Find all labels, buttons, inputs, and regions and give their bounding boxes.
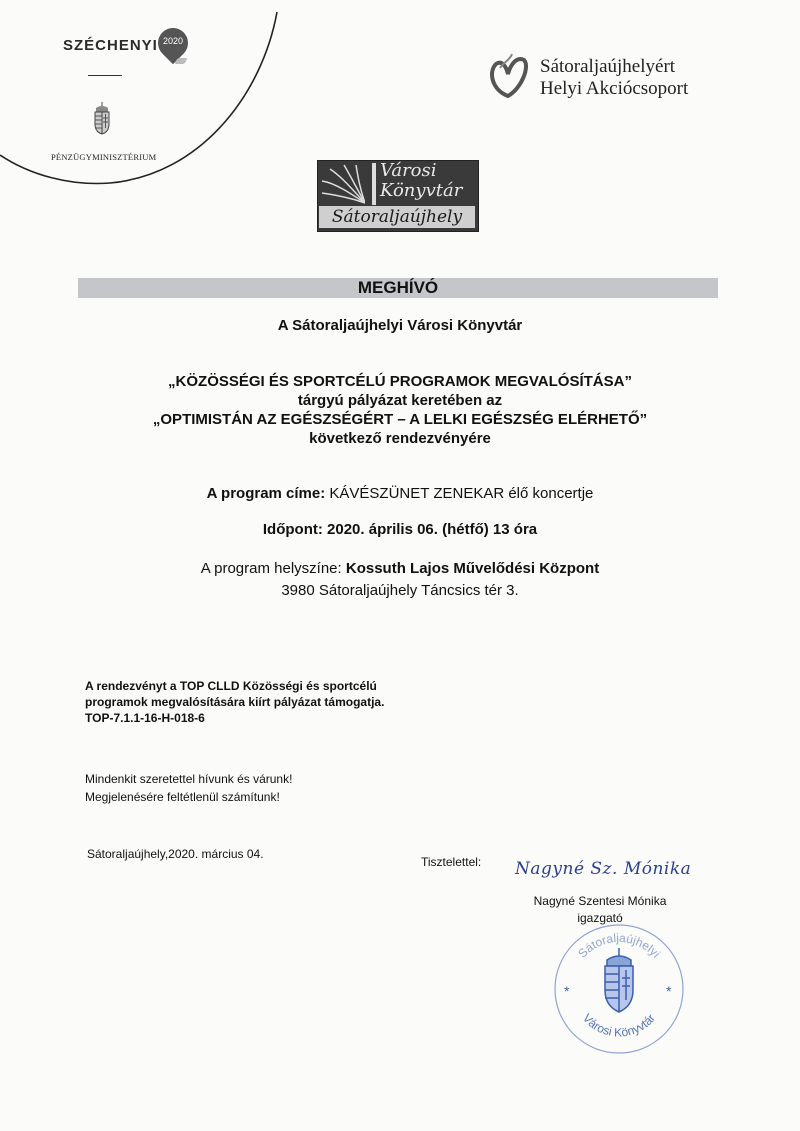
support-line-1: A rendezvényt a TOP CLLD Közösségi és sp…	[85, 678, 384, 694]
hacs-logo-icon	[488, 52, 528, 98]
szechenyi-year: 2020	[158, 36, 188, 46]
support-line-3: TOP-7.1.1-16-H-018-6	[85, 710, 384, 726]
stamp-bottom-text: Városi Könyvtár	[580, 1011, 658, 1040]
welcome-line-2: Megjelenésére feltétlenül számítunk!	[85, 788, 292, 806]
welcome-line-1: Mindenkit szeretettel hívunk és várunk!	[85, 770, 292, 788]
coat-of-arms-icon	[92, 100, 112, 136]
support-note: A rendezvényt a TOP CLLD Közösségi és sp…	[85, 678, 384, 726]
decorative-arc	[0, 0, 300, 200]
library-logo-line2: Könyvtár	[380, 180, 462, 202]
program-title: A program címe: KÁVÉSZÜNET ZENEKAR élő k…	[0, 485, 800, 502]
partner-name-line2: Helyi Akciócsoport	[540, 78, 688, 100]
signature: Nagyné Sz. Mónika	[515, 859, 691, 879]
program-place-label: A program helyszíne:	[201, 560, 342, 577]
welcome-note: Mindenkit szeretettel hívunk és várunk! …	[85, 770, 292, 806]
program-title-label: A program címe:	[207, 485, 326, 502]
library-logo-line3: Sátoraljaújhely	[319, 206, 475, 228]
project-line-4: következő rendezvényére	[0, 429, 800, 448]
program-place-value: Kossuth Lajos Művelődési Központ	[346, 560, 599, 577]
program-time-value: 2020. április 06. (hétfő) 13 óra	[327, 521, 537, 538]
star-icon: *	[666, 983, 672, 999]
library-logo-bar	[372, 163, 376, 205]
organizer: A Sátoraljaújhelyi Városi Könyvtár	[0, 317, 800, 334]
star-icon: *	[564, 983, 570, 999]
coat-of-arms-icon	[605, 948, 633, 1012]
project-line-2: tárgyú pályázat keretében az	[0, 391, 800, 410]
project-line-3: „OPTIMISTÁN AZ EGÉSZSÉGÉRT – A LELKI EGÉ…	[0, 410, 800, 429]
official-stamp: Sátoraljaújhelyi Városi Könyvtár * *	[550, 920, 688, 1058]
library-rays-icon	[320, 163, 365, 208]
program-address: 3980 Sátoraljaújhely Táncsics tér 3.	[0, 582, 800, 599]
partner-name: Sátoraljaújhelyért Helyi Akciócsoport	[540, 56, 688, 100]
divider	[88, 75, 122, 76]
program-place: A program helyszíne: Kossuth Lajos Művel…	[0, 560, 800, 577]
program-title-value: KÁVÉSZÜNET ZENEKAR élő koncertje	[329, 485, 593, 502]
signer-name: Nagyné Szentesi Mónika	[520, 894, 680, 908]
library-logo-line1: Városi	[380, 160, 437, 182]
program-time: Időpont: 2020. április 06. (hétfő) 13 ór…	[0, 521, 800, 538]
partner-name-line1: Sátoraljaújhelyért	[540, 56, 688, 78]
dateline: Sátoraljaújhely,2020. március 04.	[87, 847, 264, 861]
szechenyi-logo-text: SZÉCHENYI	[63, 37, 158, 54]
support-line-2: programok megvalósítására kiírt pályázat…	[85, 694, 384, 710]
program-time-label: Időpont:	[263, 521, 323, 538]
project-line-1: „KÖZÖSSÉGI ÉS SPORTCÉLÚ PROGRAMOK MEGVAL…	[0, 372, 800, 391]
svg-text:Városi Könyvtár: Városi Könyvtár	[580, 1011, 658, 1040]
closing: Tisztelettel:	[421, 855, 481, 869]
document-title: MEGHÍVÓ	[78, 278, 718, 298]
ministry-name: PÉNZÜGYMINISZTÉRIUM	[51, 152, 156, 162]
